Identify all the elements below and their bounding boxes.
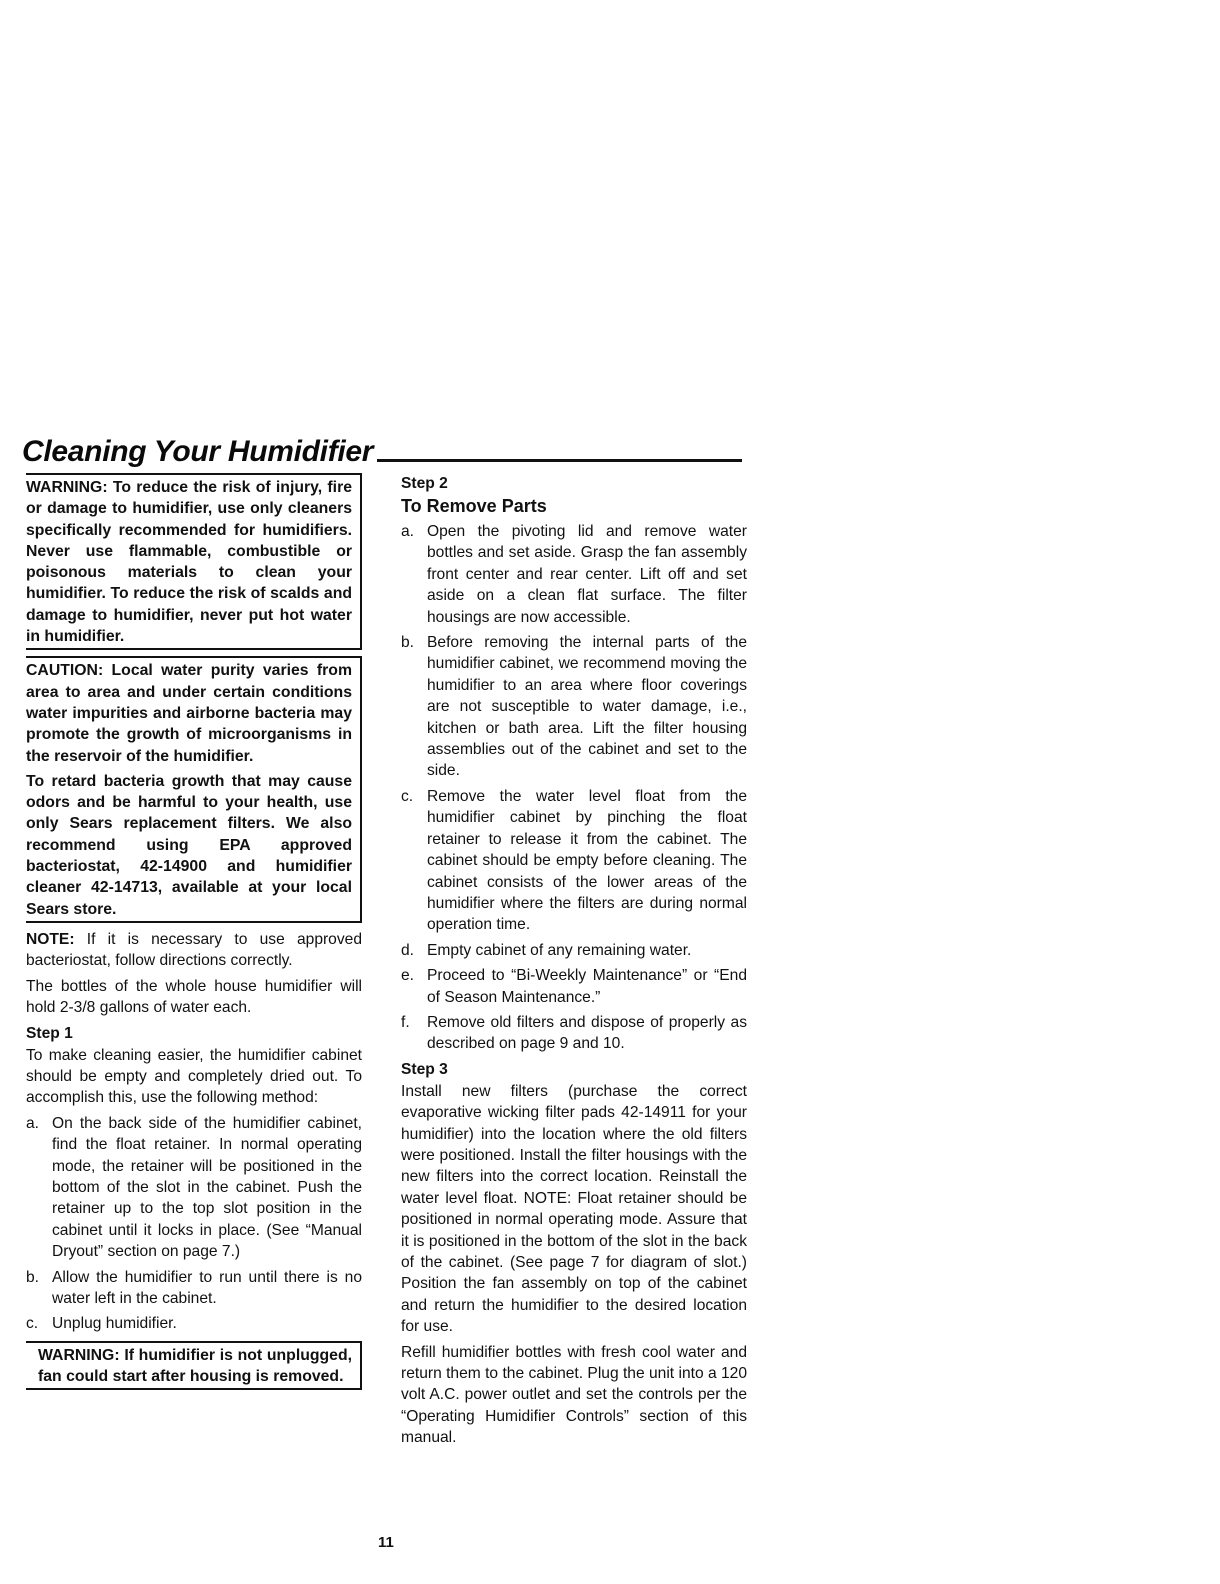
list-item: a. Open the pivoting lid and remove wate… <box>401 521 747 628</box>
title-rule <box>377 459 742 462</box>
list-item: e. Proceed to “Bi-Weekly Maintenance” or… <box>401 965 747 1008</box>
left-column: WARNING: To reduce the risk of injury, f… <box>26 473 362 1390</box>
warning-unplug-text: WARNING: If humidifier is not unplugged,… <box>38 1345 352 1388</box>
caution-paragraph-1: CAUTION: Local water purity varies from … <box>26 660 352 766</box>
list-item: d. Empty cabinet of any remaining water. <box>401 940 747 961</box>
step1-intro: To make cleaning easier, the humidifier … <box>26 1045 362 1109</box>
right-column: Step 2 To Remove Parts a. Open the pivot… <box>401 473 747 1453</box>
step2-heading: Step 2 <box>401 473 747 494</box>
step3-heading: Step 3 <box>401 1059 747 1080</box>
list-item: c. Remove the water level float from the… <box>401 786 747 936</box>
page-title: Cleaning Your Humidifier <box>22 434 373 470</box>
step1-heading: Step 1 <box>26 1023 362 1044</box>
list-item: f. Remove old filters and dispose of pro… <box>401 1012 747 1055</box>
list-item: a. On the back side of the humidifier ca… <box>26 1113 362 1263</box>
step3-paragraph-2: Refill humidifier bottles with fresh coo… <box>401 1342 747 1449</box>
list-item: b. Allow the humidifier to run until the… <box>26 1267 362 1310</box>
note-label: NOTE: <box>26 931 75 948</box>
step2-subheading: To Remove Parts <box>401 495 747 517</box>
caution-paragraph-2: To retard bacteria growth that may cause… <box>26 771 352 920</box>
caution-box: CAUTION: Local water purity varies from … <box>26 656 362 923</box>
warning-text: WARNING: To reduce the risk of injury, f… <box>26 477 352 647</box>
step3-paragraph-1: Install new filters (purchase the correc… <box>401 1081 747 1338</box>
list-item: c. Unplug humidifier. <box>26 1313 362 1334</box>
note-paragraph: NOTE: If it is necessary to use approved… <box>26 929 362 972</box>
page-number: 11 <box>378 1534 394 1551</box>
note-text: If it is necessary to use approved bacte… <box>26 931 362 969</box>
page-header: Cleaning Your Humidifier <box>22 430 742 470</box>
warning-unplug-box: WARNING: If humidifier is not unplugged,… <box>26 1341 362 1391</box>
warning-box: WARNING: To reduce the risk of injury, f… <box>26 473 362 650</box>
list-item: b. Before removing the internal parts of… <box>401 632 747 782</box>
bottles-paragraph: The bottles of the whole house humidifie… <box>26 976 362 1019</box>
